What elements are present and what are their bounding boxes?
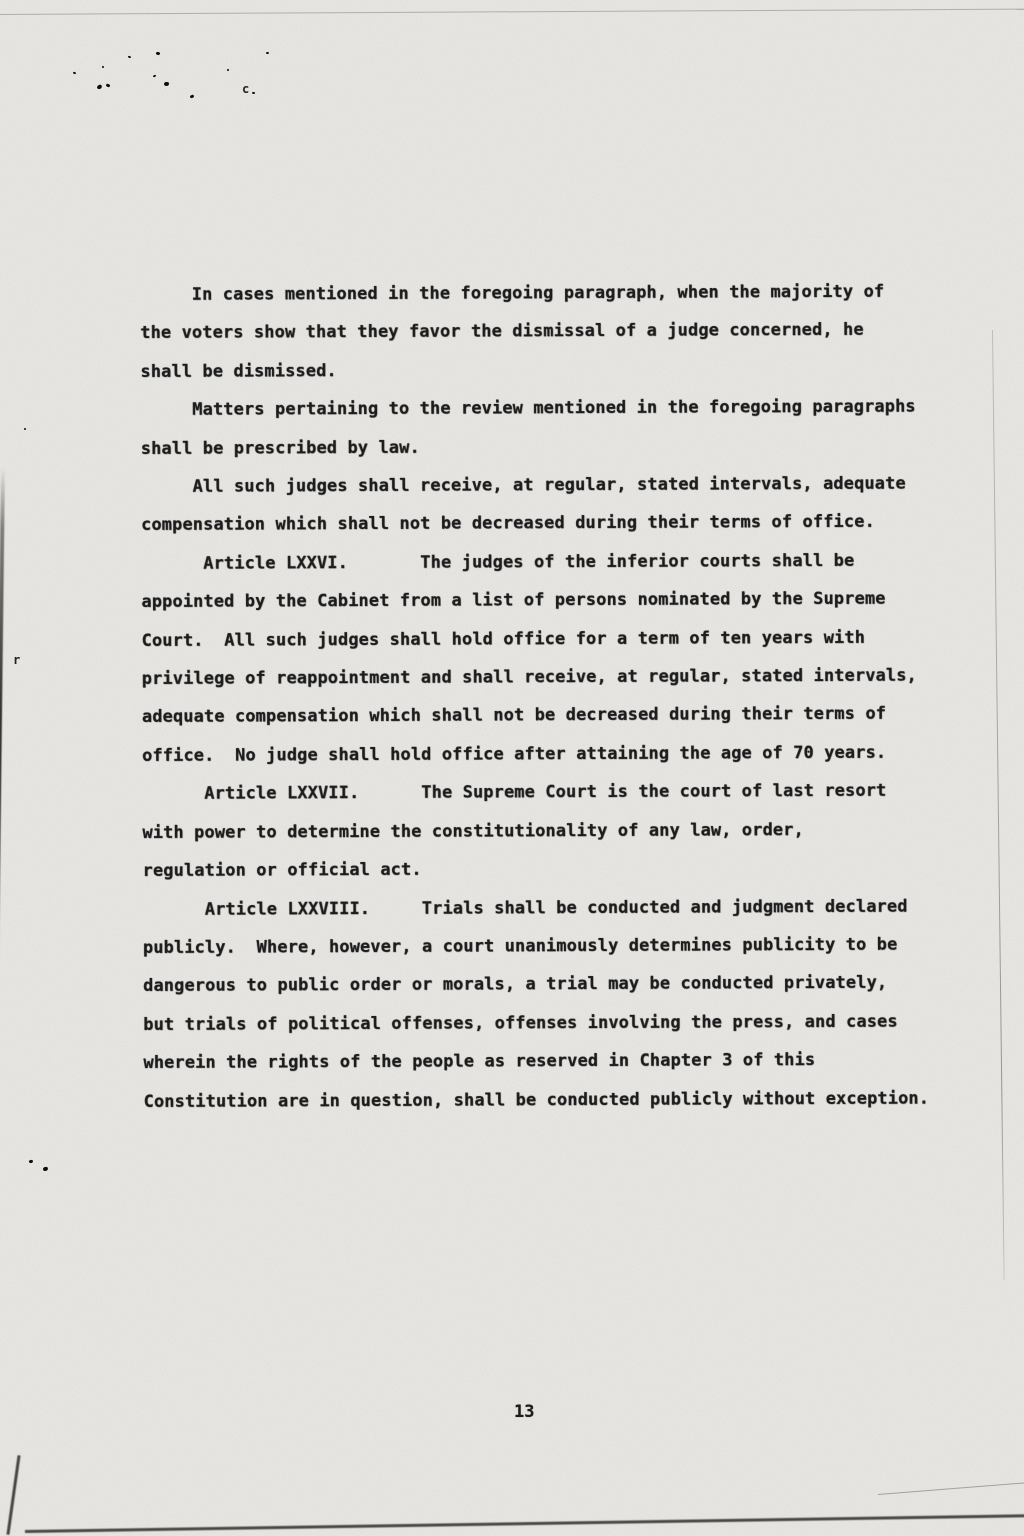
ink-speck <box>96 84 102 90</box>
text-line: Article LXXVI. The judges of the inferio… <box>141 541 927 583</box>
page-number: 13 <box>514 1402 534 1422</box>
text-line: shall be dismissed. <box>140 349 926 391</box>
text-line: with power to determine the constitution… <box>142 810 928 852</box>
ink-speck <box>102 66 105 69</box>
ink-speck <box>106 83 111 88</box>
ink-speck <box>164 82 169 86</box>
document-text: In cases mentioned in the foregoing para… <box>140 273 929 1121</box>
text-line: adequate compensation which shall not be… <box>142 695 928 737</box>
text-line: Article LXXVII. The Supreme Court is the… <box>142 772 928 814</box>
text-line: dangerous to public order or morals, a t… <box>143 964 929 1006</box>
left-paper-edge-line <box>0 468 4 1468</box>
text-line: Constitution are in question, shall be c… <box>144 1079 930 1121</box>
ink-speck <box>43 1167 49 1172</box>
text-line: shall be prescribed by law. <box>141 426 927 468</box>
stray-ink-mark: r <box>13 653 20 667</box>
ink-speck <box>190 94 195 98</box>
ink-speck <box>227 69 230 72</box>
ink-speck <box>29 1160 34 1164</box>
ink-speck <box>128 56 131 59</box>
text-line: regulation or official act. <box>143 849 929 891</box>
right-fold-line <box>992 330 1005 1280</box>
text-line: but trials of political offenses, offens… <box>143 1002 929 1044</box>
text-line: the voters show that they favor the dism… <box>140 311 926 353</box>
text-line: privilege of reappointment and shall rec… <box>142 657 928 699</box>
ink-speck <box>156 51 161 55</box>
text-line: Matters pertaining to the review mention… <box>141 388 927 430</box>
bottom-right-crease <box>878 1482 1024 1495</box>
bottom-paper-edge-line <box>25 1514 1024 1533</box>
text-line: appointed by the Cabinet from a list of … <box>141 580 927 622</box>
ink-speck <box>266 52 269 54</box>
ink-speck <box>153 75 157 78</box>
text-line: All such judges shall receive, at regula… <box>141 465 927 507</box>
scanned-document-page: cr In cases mentioned in the foregoing p… <box>0 0 1024 1536</box>
ink-speck <box>73 72 76 75</box>
text-line: Court. All such judges shall hold office… <box>142 618 928 660</box>
top-scan-crease <box>0 9 1024 15</box>
text-line: publicly. Where, however, a court unanim… <box>143 925 929 967</box>
left-paper-edge-tail <box>6 1455 20 1535</box>
text-line: wherein the rights of the people as rese… <box>143 1041 929 1083</box>
text-line: compensation which shall not be decrease… <box>141 503 927 545</box>
ink-speck <box>24 428 27 431</box>
stray-ink-mark: c <box>242 82 249 96</box>
text-line: Article LXXVIII. Trials shall be conduct… <box>143 887 929 929</box>
text-line: In cases mentioned in the foregoing para… <box>140 273 926 315</box>
text-line: office. No judge shall hold office after… <box>142 733 928 775</box>
ink-speck <box>252 92 255 94</box>
